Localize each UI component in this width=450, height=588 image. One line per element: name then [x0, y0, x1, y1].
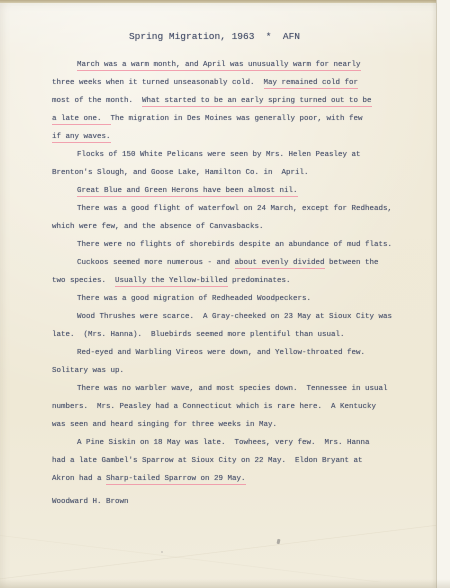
text-segment: Flocks of 150 White Pelicans were seen b…	[77, 151, 361, 159]
document-line: Brenton's Slough, and Goose Lake, Hamilt…	[52, 164, 424, 182]
text-segment: A Pine Siskin on 18 May was late. Towhee…	[77, 439, 370, 447]
document-line: Great Blue and Green Herons have been al…	[52, 182, 424, 200]
text-segment: Cuckoos seemed more numerous - and	[77, 259, 235, 267]
document-line: which were few, and the absence of Canva…	[52, 218, 424, 236]
text-segment: three weeks when it turned unseasonably …	[52, 79, 264, 87]
text-segment: There was no warbler wave, and most spec…	[77, 385, 388, 393]
document-line: two species. Usually the Yellow-billed p…	[52, 272, 424, 290]
pink-underlined-text: about evenly divided	[235, 259, 325, 269]
text-segment: Red-eyed and Warbling Vireos were down, …	[77, 349, 365, 357]
document-line: There were no flights of shorebirds desp…	[52, 236, 424, 254]
document-body: March was a warm month, and April was un…	[52, 56, 424, 488]
document-line: late. (Mrs. Hanna). Bluebirds seemed mor…	[52, 326, 424, 344]
document-line: a late one. The migration in Des Moines …	[52, 110, 424, 128]
document-line: There was no warbler wave, and most spec…	[52, 380, 424, 398]
document-line: There was a good migration of Redheaded …	[52, 290, 424, 308]
pink-underlined-text: What started to be an early spring turne…	[142, 97, 372, 107]
text-segment: which were few, and the absence of Canva…	[52, 223, 264, 231]
text-segment: predominates.	[228, 277, 291, 285]
pink-underlined-text: March was a warm month, and April was un…	[77, 61, 361, 71]
paper-right-edge	[436, 0, 450, 588]
text-segment: The migration in Des Moines was generall…	[111, 115, 363, 123]
document-line: A Pine Siskin on 18 May was late. Towhee…	[52, 434, 424, 452]
document-line: Red-eyed and Warbling Vireos were down, …	[52, 344, 424, 362]
text-segment: most of the month.	[52, 97, 142, 105]
text-segment: was seen and heard singing for three wee…	[52, 421, 277, 429]
document-line: Akron had a Sharp-tailed Sparrow on 29 M…	[52, 470, 424, 488]
text-segment: Akron had a	[52, 475, 106, 483]
text-segment: Solitary was up.	[52, 367, 124, 375]
document-line: March was a warm month, and April was un…	[52, 56, 424, 74]
document-line: if any waves.	[52, 128, 424, 146]
paper-top-edge	[0, 0, 450, 3]
pink-underlined-text: a late one.	[52, 115, 111, 125]
document-line: numbers. Mrs. Peasley had a Connecticut …	[52, 398, 424, 416]
pink-underlined-text: Great Blue and Green Herons have been al…	[77, 187, 298, 197]
text-segment: had a late Gambel's Sparrow at Sioux Cit…	[52, 457, 363, 465]
document-line: three weeks when it turned unseasonably …	[52, 74, 424, 92]
document-line: Wood Thrushes were scarce. A Gray-cheeke…	[52, 308, 424, 326]
paper-crease	[0, 522, 437, 582]
signature: Woodward H. Brown	[52, 496, 129, 508]
text-segment: between the	[325, 259, 379, 267]
text-segment: late. (Mrs. Hanna). Bluebirds seemed mor…	[52, 331, 345, 339]
paper-speck	[161, 551, 163, 553]
document-line: Cuckoos seemed more numerous - and about…	[52, 254, 424, 272]
pink-underlined-text: May remained cold for	[264, 79, 359, 89]
document-line: was seen and heard singing for three wee…	[52, 416, 424, 434]
document-line: most of the month. What started to be an…	[52, 92, 424, 110]
document-line: There was a good flight of waterfowl on …	[52, 200, 424, 218]
text-segment: Wood Thrushes were scarce. A Gray-cheeke…	[77, 313, 392, 321]
document-line: Solitary was up.	[52, 362, 424, 380]
paper-bottom-edge	[0, 579, 450, 588]
pink-underlined-text: if any waves.	[52, 133, 111, 143]
document-line: had a late Gambel's Sparrow at Sioux Cit…	[52, 452, 424, 470]
text-segment: Brenton's Slough, and Goose Lake, Hamilt…	[52, 169, 309, 177]
text-segment: There was a good migration of Redheaded …	[77, 295, 311, 303]
text-segment: numbers. Mrs. Peasley had a Connecticut …	[52, 403, 376, 411]
document-title: Spring Migration, 1963 * AFN	[0, 31, 433, 43]
text-segment: There was a good flight of waterfowl on …	[77, 205, 392, 213]
pink-underlined-text: Usually the Yellow-billed	[115, 277, 228, 287]
text-segment: two species.	[52, 277, 115, 285]
scanned-document: Spring Migration, 1963 * AFN March was a…	[0, 0, 450, 588]
document-line: Flocks of 150 White Pelicans were seen b…	[52, 146, 424, 164]
text-segment: There were no flights of shorebirds desp…	[77, 241, 392, 249]
pink-underlined-text: Sharp-tailed Sparrow on 29 May.	[106, 475, 246, 485]
